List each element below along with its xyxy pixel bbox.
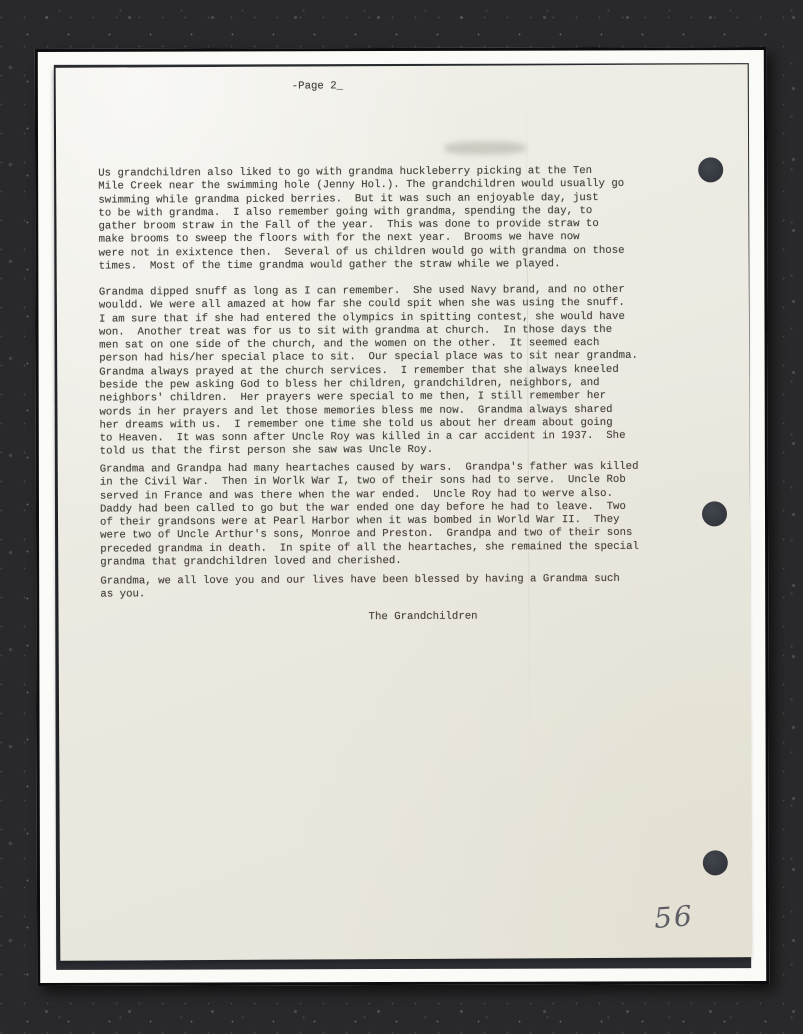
page-number-handwritten: 56 [653,899,695,935]
scanned-typewritten-page: -Page 2_ Us grandchildren also liked to … [56,64,753,961]
signature-line: The Grandchildren [369,611,478,625]
page-header: -Page 2_ [292,80,343,94]
paragraph-huckleberry-broomstraw: Us grandchildren also liked to go with g… [98,165,624,274]
hole-punch-dot [703,850,728,875]
hole-punch-dot [698,157,723,182]
hole-punch-dot [702,501,727,526]
paragraph-wars-heartaches: Grandma and Grandpa had many heartaches … [100,461,639,570]
album-sheet: -Page 2_ Us grandchildren also liked to … [35,47,769,986]
ink-smudge [444,141,526,154]
dark-speckled-background: -Page 2_ Us grandchildren also liked to … [0,0,803,1034]
paragraph-closing: Grandma, we all love you and our lives h… [100,573,620,602]
paragraph-snuff-church-dreams: Grandma dipped snuff as long as I can re… [99,284,639,459]
